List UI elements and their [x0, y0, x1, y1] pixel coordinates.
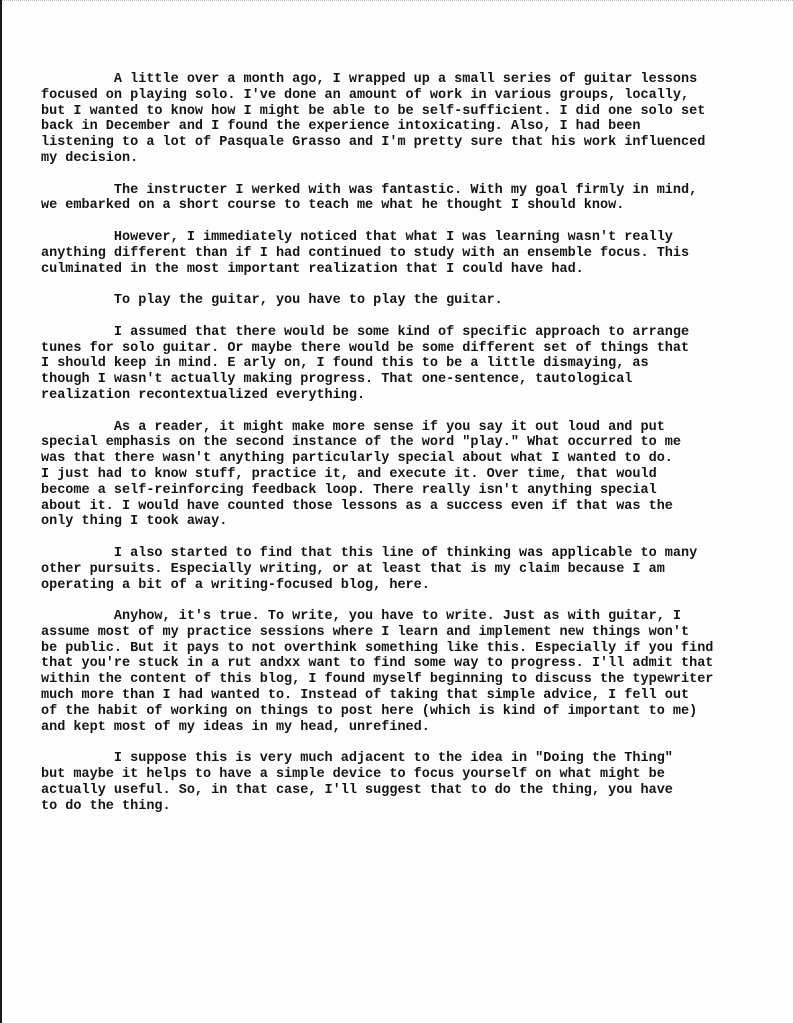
text-line: my decision. [41, 151, 781, 167]
text-line: To play the guitar, you have to play the… [41, 293, 781, 309]
text-line: The instructer I werked with was fantast… [41, 183, 781, 199]
text-line: listening to a lot of Pasquale Grasso an… [41, 135, 781, 151]
text-line: I suppose this is very much adjacent to … [41, 751, 781, 767]
text-line: that you're stuck in a rut andxx want to… [41, 656, 781, 672]
text-line: realization recontextualized everything. [41, 388, 781, 404]
text-line: to do the thing. [41, 799, 781, 815]
paragraph: I assumed that there would be some kind … [41, 325, 781, 404]
text-line: be public. But it pays to not overthink … [41, 641, 781, 657]
text-line: I also started to find that this line of… [41, 546, 781, 562]
text-line: anything different than if I had continu… [41, 246, 781, 262]
text-line: assume most of my practice sessions wher… [41, 625, 781, 641]
text-line: much more than I had wanted to. Instead … [41, 688, 781, 704]
text-line: become a self-reinforcing feedback loop.… [41, 483, 781, 499]
text-line: about it. I would have counted those les… [41, 499, 781, 515]
paragraph: A little over a month ago, I wrapped up … [41, 72, 781, 167]
text-line: However, I immediately noticed that what… [41, 230, 781, 246]
text-line: A little over a month ago, I wrapped up … [41, 72, 781, 88]
text-line: back in December and I found the experie… [41, 119, 781, 135]
text-line: of the habit of working on things to pos… [41, 704, 781, 720]
text-line: I just had to know stuff, practice it, a… [41, 467, 781, 483]
page-left-edge [0, 0, 2, 1023]
text-line: I assumed that there would be some kind … [41, 325, 781, 341]
text-line: focused on playing solo. I've done an am… [41, 88, 781, 104]
paragraph: Anyhow, it's true. To write, you have to… [41, 609, 781, 735]
text-line: culminated in the most important realiza… [41, 262, 781, 278]
text-line: but maybe it helps to have a simple devi… [41, 767, 781, 783]
paragraph: The instructer I werked with was fantast… [41, 183, 781, 215]
paragraph: To play the guitar, you have to play the… [41, 293, 781, 309]
text-line: was that there wasn't anything particula… [41, 451, 781, 467]
text-line: tunes for solo guitar. Or maybe there wo… [41, 341, 781, 357]
text-line: though I wasn't actually making progress… [41, 372, 781, 388]
text-line: we embarked on a short course to teach m… [41, 198, 781, 214]
text-line: only thing I took away. [41, 514, 781, 530]
paragraph: I also started to find that this line of… [41, 546, 781, 593]
text-line: Anyhow, it's true. To write, you have to… [41, 609, 781, 625]
paragraph: I suppose this is very much adjacent to … [41, 751, 781, 814]
text-line: As a reader, it might make more sense if… [41, 420, 781, 436]
text-line: operating a bit of a writing-focused blo… [41, 578, 781, 594]
text-line: special emphasis on the second instance … [41, 435, 781, 451]
document-body: A little over a month ago, I wrapped up … [41, 72, 781, 830]
paragraph: However, I immediately noticed that what… [41, 230, 781, 277]
text-line: other pursuits. Especially writing, or a… [41, 562, 781, 578]
text-line: but I wanted to know how I might be able… [41, 104, 781, 120]
typewritten-page: A little over a month ago, I wrapped up … [0, 0, 793, 1023]
page-top-edge [0, 0, 793, 2]
text-line: within the content of this blog, I found… [41, 672, 781, 688]
paragraph: As a reader, it might make more sense if… [41, 420, 781, 531]
text-line: and kept most of my ideas in my head, un… [41, 720, 781, 736]
text-line: I should keep in mind. E arly on, I foun… [41, 356, 781, 372]
text-line: actually useful. So, in that case, I'll … [41, 783, 781, 799]
